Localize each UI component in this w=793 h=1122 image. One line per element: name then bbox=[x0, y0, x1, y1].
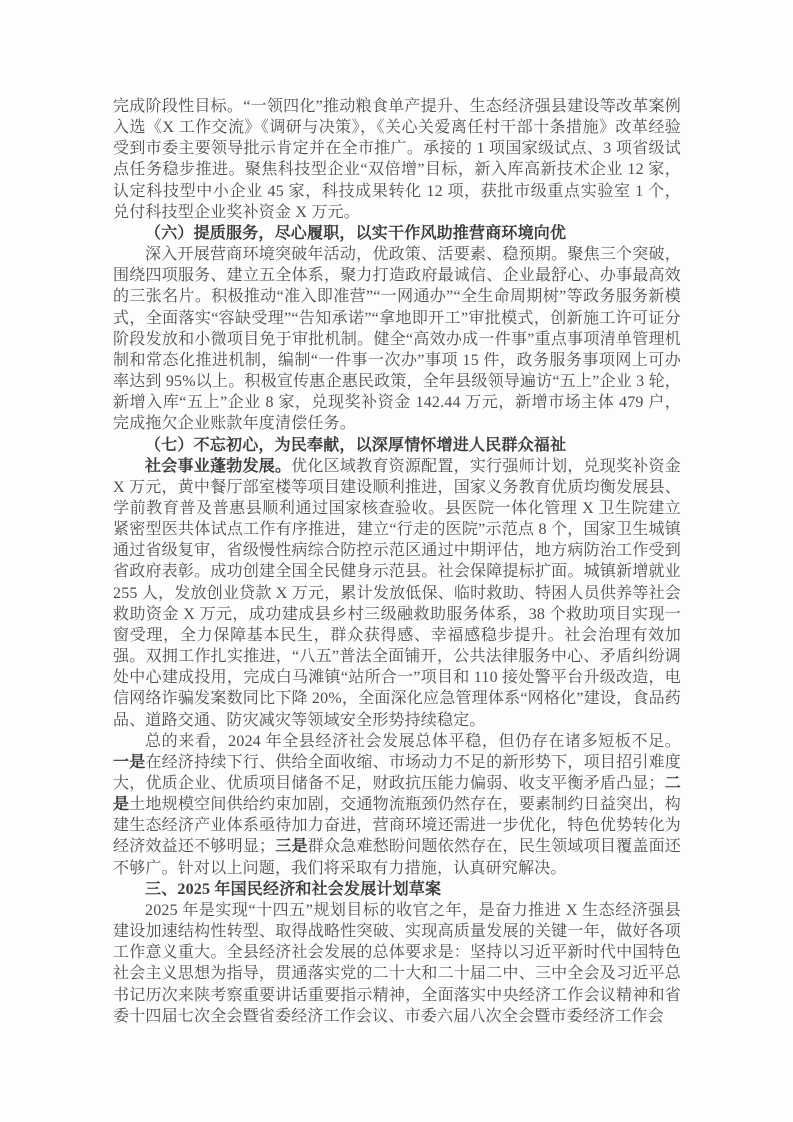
bold-text-segment: （七）不忘初心，为民奉献，以深厚情怀增进人民群众福祉 bbox=[145, 437, 566, 454]
bold-text-segment: （六）提质服务，尽心履职，以实干作风助推营商环境向优 bbox=[145, 225, 566, 242]
body-text-segment: 2025 年是实现“十四五”规划目标的收官之年，是奋力推进 X 生态经济强县建设… bbox=[113, 902, 681, 1025]
body-text-segment: 完成阶段性目标。“一领四化”推动粮食单产提升、生态经济强县建设等改革案例入选《X… bbox=[113, 98, 681, 221]
paragraph-overall-assessment: 总的来看，2024 年全县经济社会发展总体平稳，但仍存在诸多短板不足。一是在经济… bbox=[113, 731, 681, 879]
heading-section-6: （六）提质服务，尽心履职，以实干作风助推营商环境向优 bbox=[113, 223, 681, 244]
body-text-segment: 在经济持续下行、供给全面收缩、市场动力不足的新形势下，项目招引难度大，优质企业、… bbox=[113, 754, 681, 792]
bold-text-segment: 三、2025 年国民经济和社会发展计划草案 bbox=[145, 881, 441, 898]
paragraph-social-programs: 社会事业蓬勃发展。优化区域教育资源配置，实行强师计划，兑现奖补资金 X 万元，黄… bbox=[113, 456, 681, 731]
paragraph-2025-overview: 2025 年是实现“十四五”规划目标的收官之年，是奋力推进 X 生态经济强县建设… bbox=[113, 900, 681, 1027]
heading-section-7: （七）不忘初心，为民奉献，以深厚情怀增进人民群众福祉 bbox=[113, 435, 681, 456]
paragraph-reform-and-technology: 完成阶段性目标。“一领四化”推动粮食单产提升、生态经济强县建设等改革案例入选《X… bbox=[113, 96, 681, 223]
body-text-segment: 优化区域教育资源配置，实行强师计划，兑现奖补资金 X 万元，黄中餐厅部室楼等项目… bbox=[113, 458, 681, 729]
body-text-segment: 总的来看，2024 年全县经济社会发展总体平稳，但仍存在诸多短板不足。 bbox=[145, 733, 681, 750]
bold-text-segment: 社会事业蓬勃发展。 bbox=[145, 458, 291, 475]
paragraph-business-environment: 深入开展营商环境突破年活动，优政策、活要素、稳预期。聚焦三个突破，围绕四项服务、… bbox=[113, 244, 681, 434]
bold-text-segment: 一是 bbox=[113, 754, 145, 771]
document-body: 完成阶段性目标。“一领四化”推动粮食单产提升、生态经济强县建设等改革案例入选《X… bbox=[113, 96, 681, 1027]
body-text-segment: 深入开展营商环境突破年活动，优政策、活要素、稳预期。聚焦三个突破，围绕四项服务、… bbox=[113, 246, 681, 432]
document-page: 完成阶段性目标。“一领四化”推动粮食单产提升、生态经济强县建设等改革案例入选《X… bbox=[0, 0, 793, 1122]
heading-section-3-2025-plan: 三、2025 年国民经济和社会发展计划草案 bbox=[113, 879, 681, 900]
bold-text-segment: 三是 bbox=[275, 838, 308, 855]
